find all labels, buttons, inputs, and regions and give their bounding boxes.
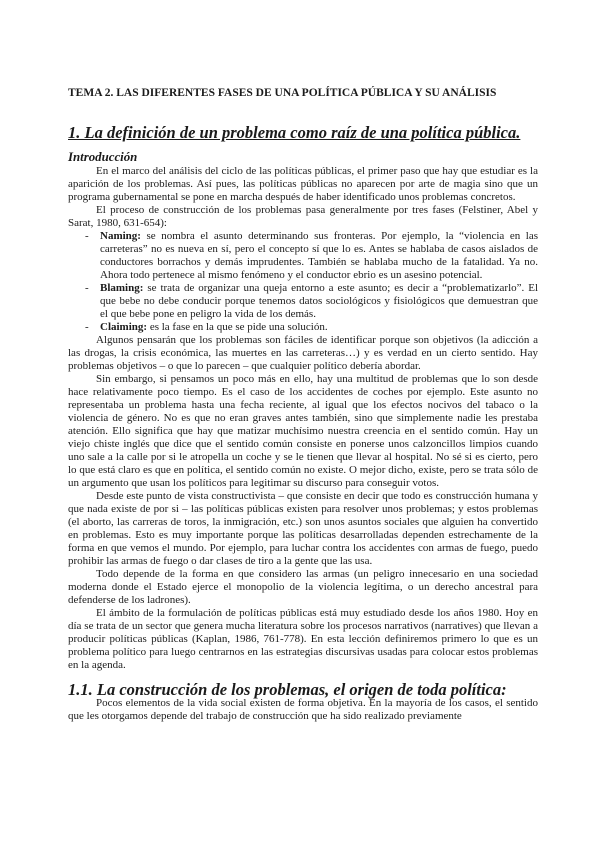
section-1-1-body: Pocos elementos de la vida social existe… bbox=[68, 697, 538, 723]
hyphen-bullet: - bbox=[85, 321, 89, 334]
phase-text: se nombra el asunto determinando sus fro… bbox=[100, 230, 538, 281]
paragraph: El proceso de construcción de los proble… bbox=[68, 204, 538, 230]
phase-term: Blaming: bbox=[100, 282, 143, 294]
paragraph: En el marco del análisis del ciclo de la… bbox=[68, 165, 538, 204]
phase-text: se trata de organizar una queja entorno … bbox=[100, 282, 538, 320]
section-1-body: En el marco del análisis del ciclo de la… bbox=[68, 165, 538, 672]
introduction-heading: Introducción bbox=[68, 151, 538, 164]
paragraph: Todo depende de la forma en que consider… bbox=[68, 568, 538, 607]
hyphen-bullet: - bbox=[85, 230, 89, 243]
phase-term: Claiming: bbox=[100, 321, 147, 333]
paragraph: El ámbito de la formulación de políticas… bbox=[68, 607, 538, 672]
paragraph: Pocos elementos de la vida social existe… bbox=[68, 697, 538, 723]
document-title: TEMA 2. LAS DIFERENTES FASES DE UNA POLÍ… bbox=[68, 86, 538, 100]
list-item: -Claiming: es la fase en la que se pide … bbox=[100, 321, 538, 334]
list-item: -Blaming: se trata de organizar una quej… bbox=[100, 282, 538, 321]
phase-text: es la fase en la que se pide una solució… bbox=[147, 321, 328, 333]
list-item: -Naming: se nombra el asunto determinand… bbox=[100, 230, 538, 282]
hyphen-bullet: - bbox=[85, 282, 89, 295]
section-1-1-heading: 1.1. La construcción de los problemas, e… bbox=[68, 683, 538, 696]
paragraph: Desde este punto de vista constructivist… bbox=[68, 490, 538, 568]
phase-term: Naming: bbox=[100, 230, 141, 242]
paragraph: Sin embargo, si pensamos un poco más en … bbox=[68, 373, 538, 490]
paragraph: Algunos pensarán que los problemas son f… bbox=[68, 334, 538, 373]
document-page: TEMA 2. LAS DIFERENTES FASES DE UNA POLÍ… bbox=[0, 0, 600, 848]
phases-list: -Naming: se nombra el asunto determinand… bbox=[68, 230, 538, 334]
section-1-heading: 1. La definición de un problema como raí… bbox=[68, 126, 538, 139]
